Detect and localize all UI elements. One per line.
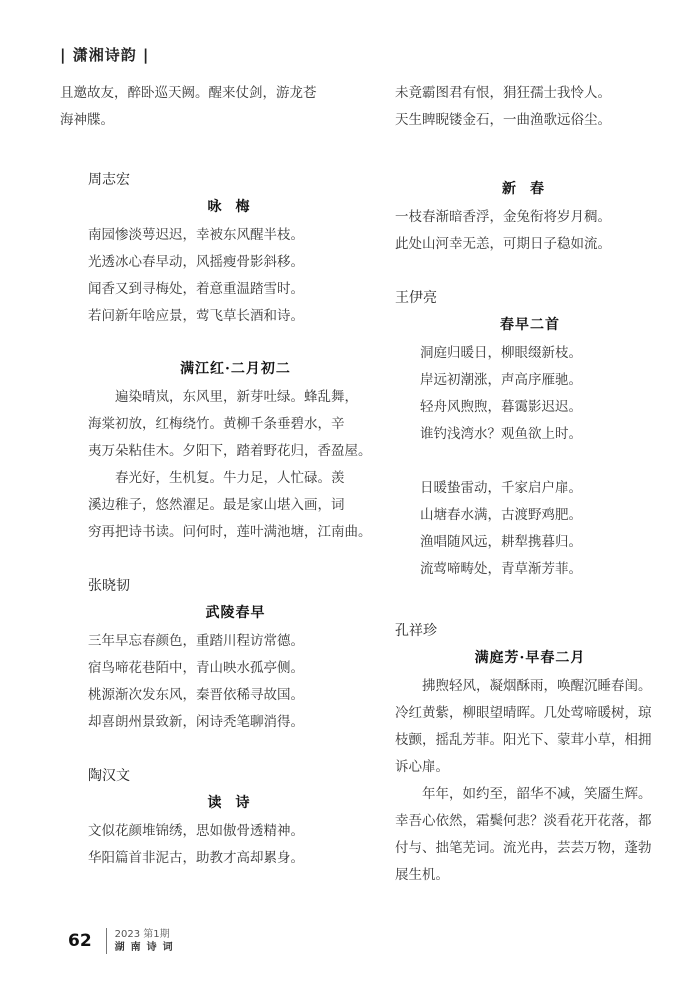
poem-line: 流莺啼畴处，青草渐芳菲。 (395, 556, 665, 583)
poem-stanza: 日暖蛰雷动，千家启户扉。 山塘春水满，古渡野鸡肥。 渔唱随风远，耕犁携暮归。 流… (395, 475, 665, 583)
author-name: 孔祥珍 (395, 619, 665, 643)
footer-divider (106, 928, 107, 954)
poem-line: 若问新年啥应景，莺飞草长酒和诗。 (88, 303, 383, 330)
issue-label: 2023 第1期 (115, 928, 179, 941)
poem-line: 幸吾心依然，霜鬓何悲？淡看花开花落，都 (395, 808, 665, 835)
poem-line: 枝颤，摇乱芳菲。阳光下、蒙茸小草，相拥 (395, 727, 665, 754)
poem-line: 华阳篇首非泥古，助教才高却累身。 (88, 845, 383, 872)
author-name: 张晓韧 (88, 574, 383, 598)
poem-line: 诉心扉。 (395, 754, 665, 781)
poem-line: 文似花颜堆锦绣，思如傲骨透精神。 (88, 818, 383, 845)
poem-line: 海棠初放，红梅绕竹。黄柳千条垂碧水，辛 (88, 411, 383, 438)
poem-line: 三年早忘春颜色，重踏川程访常德。 (88, 628, 383, 655)
poem-line: 轻舟风煦煦，暮霭影迟迟。 (395, 394, 665, 421)
poem-line: 宿鸟啼花巷陌中，青山映水孤亭侧。 (88, 655, 383, 682)
poem-line: 一枝春渐暗香浮，金兔衔将岁月稠。 (395, 204, 665, 231)
continued-text-line: 未竟霸图君有恨，狷狂孺士我怜人。 (395, 80, 665, 107)
poem-line: 年年，如约至，韶华不减，笑靥生辉。 (395, 781, 665, 808)
author-name: 周志宏 (88, 168, 383, 192)
poem-line: 溪边稚子，悠然濯足。最是家山堪入画，词 (88, 492, 383, 519)
poem-title: 满庭芳·早春二月 (395, 643, 665, 673)
poem-line: 日暖蛰雷动，千家启户扉。 (395, 475, 665, 502)
author-name: 陶汉文 (88, 764, 383, 788)
footer-info: 2023 第1期 湖南诗词 (115, 928, 179, 954)
poem-line: 冷红黄紫，柳眼望晴晖。几处莺啼暖树，琼 (395, 700, 665, 727)
poem-line: 却喜朗州景致新，闲诗秃笔聊消得。 (88, 709, 383, 736)
poem-line: 穷再把诗书读。问何时，莲叶满池塘，江南曲。 (88, 519, 383, 546)
poem-line: 遍染晴岚，东风里，新芽吐绿。蜂乱舞， (88, 384, 383, 411)
poem-title: 春早二首 (395, 310, 665, 340)
poem-line: 闻香又到寻梅处，着意重温踏雪时。 (88, 276, 383, 303)
poem-title: 读诗 (88, 788, 383, 818)
poem-line: 付与、拙笔芜词。流光冉，芸芸万物，蓬勃 (395, 835, 665, 862)
left-column: 且邀故友，醉卧巡天阙。醒来仗剑，游龙苍 海神牒。 周志宏 咏梅 南园惨淡萼迟迟，… (88, 80, 383, 872)
poem-line: 此处山河幸无恙，可期日子稳如流。 (395, 231, 665, 258)
poem-line: 岸远初潮涨，声高序雁驰。 (395, 367, 665, 394)
continued-text-line: 且邀故友，醉卧巡天阙。醒来仗剑，游龙苍 (60, 80, 383, 107)
poem-title: 新春 (395, 174, 665, 204)
poem-stanza: 洞庭归暖日，柳眼缀新枝。 岸远初潮涨，声高序雁驰。 轻舟风煦煦，暮霭影迟迟。 谁… (395, 340, 665, 448)
poem-line: 光透冰心春早动，风摇瘦骨影斜移。 (88, 249, 383, 276)
poem-line: 夷万朵粘佳木。夕阳下，踏着野花归，香盈屋。 (88, 438, 383, 465)
poem-line: 南园惨淡萼迟迟，幸被东风醒半枝。 (88, 222, 383, 249)
right-column: 未竟霸图君有恨，狷狂孺士我怜人。 天生睥睨镂金石，一曲渔歌远俗尘。 新春 一枝春… (395, 80, 665, 889)
poem-line: 展生机。 (395, 862, 665, 889)
poem-line: 洞庭归暖日，柳眼缀新枝。 (395, 340, 665, 367)
page-number: 62 (68, 931, 92, 951)
journal-name: 湖南诗词 (115, 941, 179, 954)
poem-line: 桃源渐次发东风，秦晋依稀寻故国。 (88, 682, 383, 709)
poem-line: 春光好，生机复。牛力足，人忙碌。羡 (88, 465, 383, 492)
page-footer: 62 2023 第1期 湖南诗词 (68, 928, 179, 954)
poem-title: 咏梅 (88, 192, 383, 222)
section-header: | 潇湘诗韵 | (60, 44, 149, 65)
poem-line: 谁钓浅湾水？观鱼欲上时。 (395, 421, 665, 448)
poem-line: 山塘春水满，古渡野鸡肥。 (395, 502, 665, 529)
poem-line: 渔唱随风远，耕犁携暮归。 (395, 529, 665, 556)
author-name: 王伊亮 (395, 286, 665, 310)
continued-text-line: 天生睥睨镂金石，一曲渔歌远俗尘。 (395, 107, 665, 134)
poem-line: 拂煦轻风，凝烟酥雨，唤醒沉睡春闺。 (395, 673, 665, 700)
continued-text-line: 海神牒。 (60, 107, 383, 134)
poem-title: 满江红·二月初二 (88, 354, 383, 384)
poem-title: 武陵春早 (88, 598, 383, 628)
